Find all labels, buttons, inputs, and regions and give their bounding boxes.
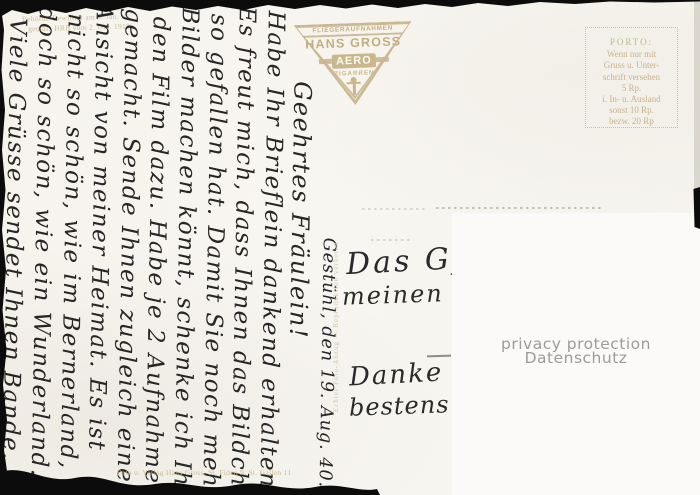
privacy-watermark: privacy protection Datenschutz [452,338,700,365]
card-edge-shading [694,0,700,190]
address-handwriting-fragment: bestens [349,390,450,421]
address-handwriting-fragment: Danke [348,358,444,393]
porto-line: Wenn nur mit [586,49,677,60]
propeller-blade [352,78,356,95]
porto-line: 5 Rp. [586,83,677,94]
propeller-wing-right [376,57,389,62]
address-dotted-line [371,239,413,241]
porto-line: bezw. 20 Rp [586,116,677,127]
porto-line: PORTO: [586,37,677,48]
address-handwriting-fragment: meinen [342,279,445,311]
handwritten-message: Gestühl, den 19. Aug. 40. Geehrtes Fräul… [0,0,347,494]
porto-line: schrift versehen [586,72,677,83]
porto-line: sonst 10 Rp. [586,105,677,116]
handwriting-dash [427,355,451,358]
privacy-cover: privacy protection Datenschutz [452,213,700,495]
porto-line: Gruss u. Unter- [586,60,677,71]
watermark-line: Datenschutz [452,352,700,366]
address-handwriting-fragment: Das Gf [345,241,467,282]
postcard-scan: Behördl. Bewilligt am 9. Jan. 19.. gemäs… [0,0,700,495]
address-dotted-line [362,208,426,210]
porto-box: PORTO: Wenn nur mit Gruss u. Unter- schr… [585,27,678,128]
address-dotted-line [436,207,604,209]
publisher-print: Foto u. Verlag Hans Gross, St. Fiden 9, … [117,468,291,477]
porto-line: i. In- u. Ausland [586,94,677,105]
divider-caption: Echter Foto-Abzug — Reproduktion verbote… [333,242,340,412]
